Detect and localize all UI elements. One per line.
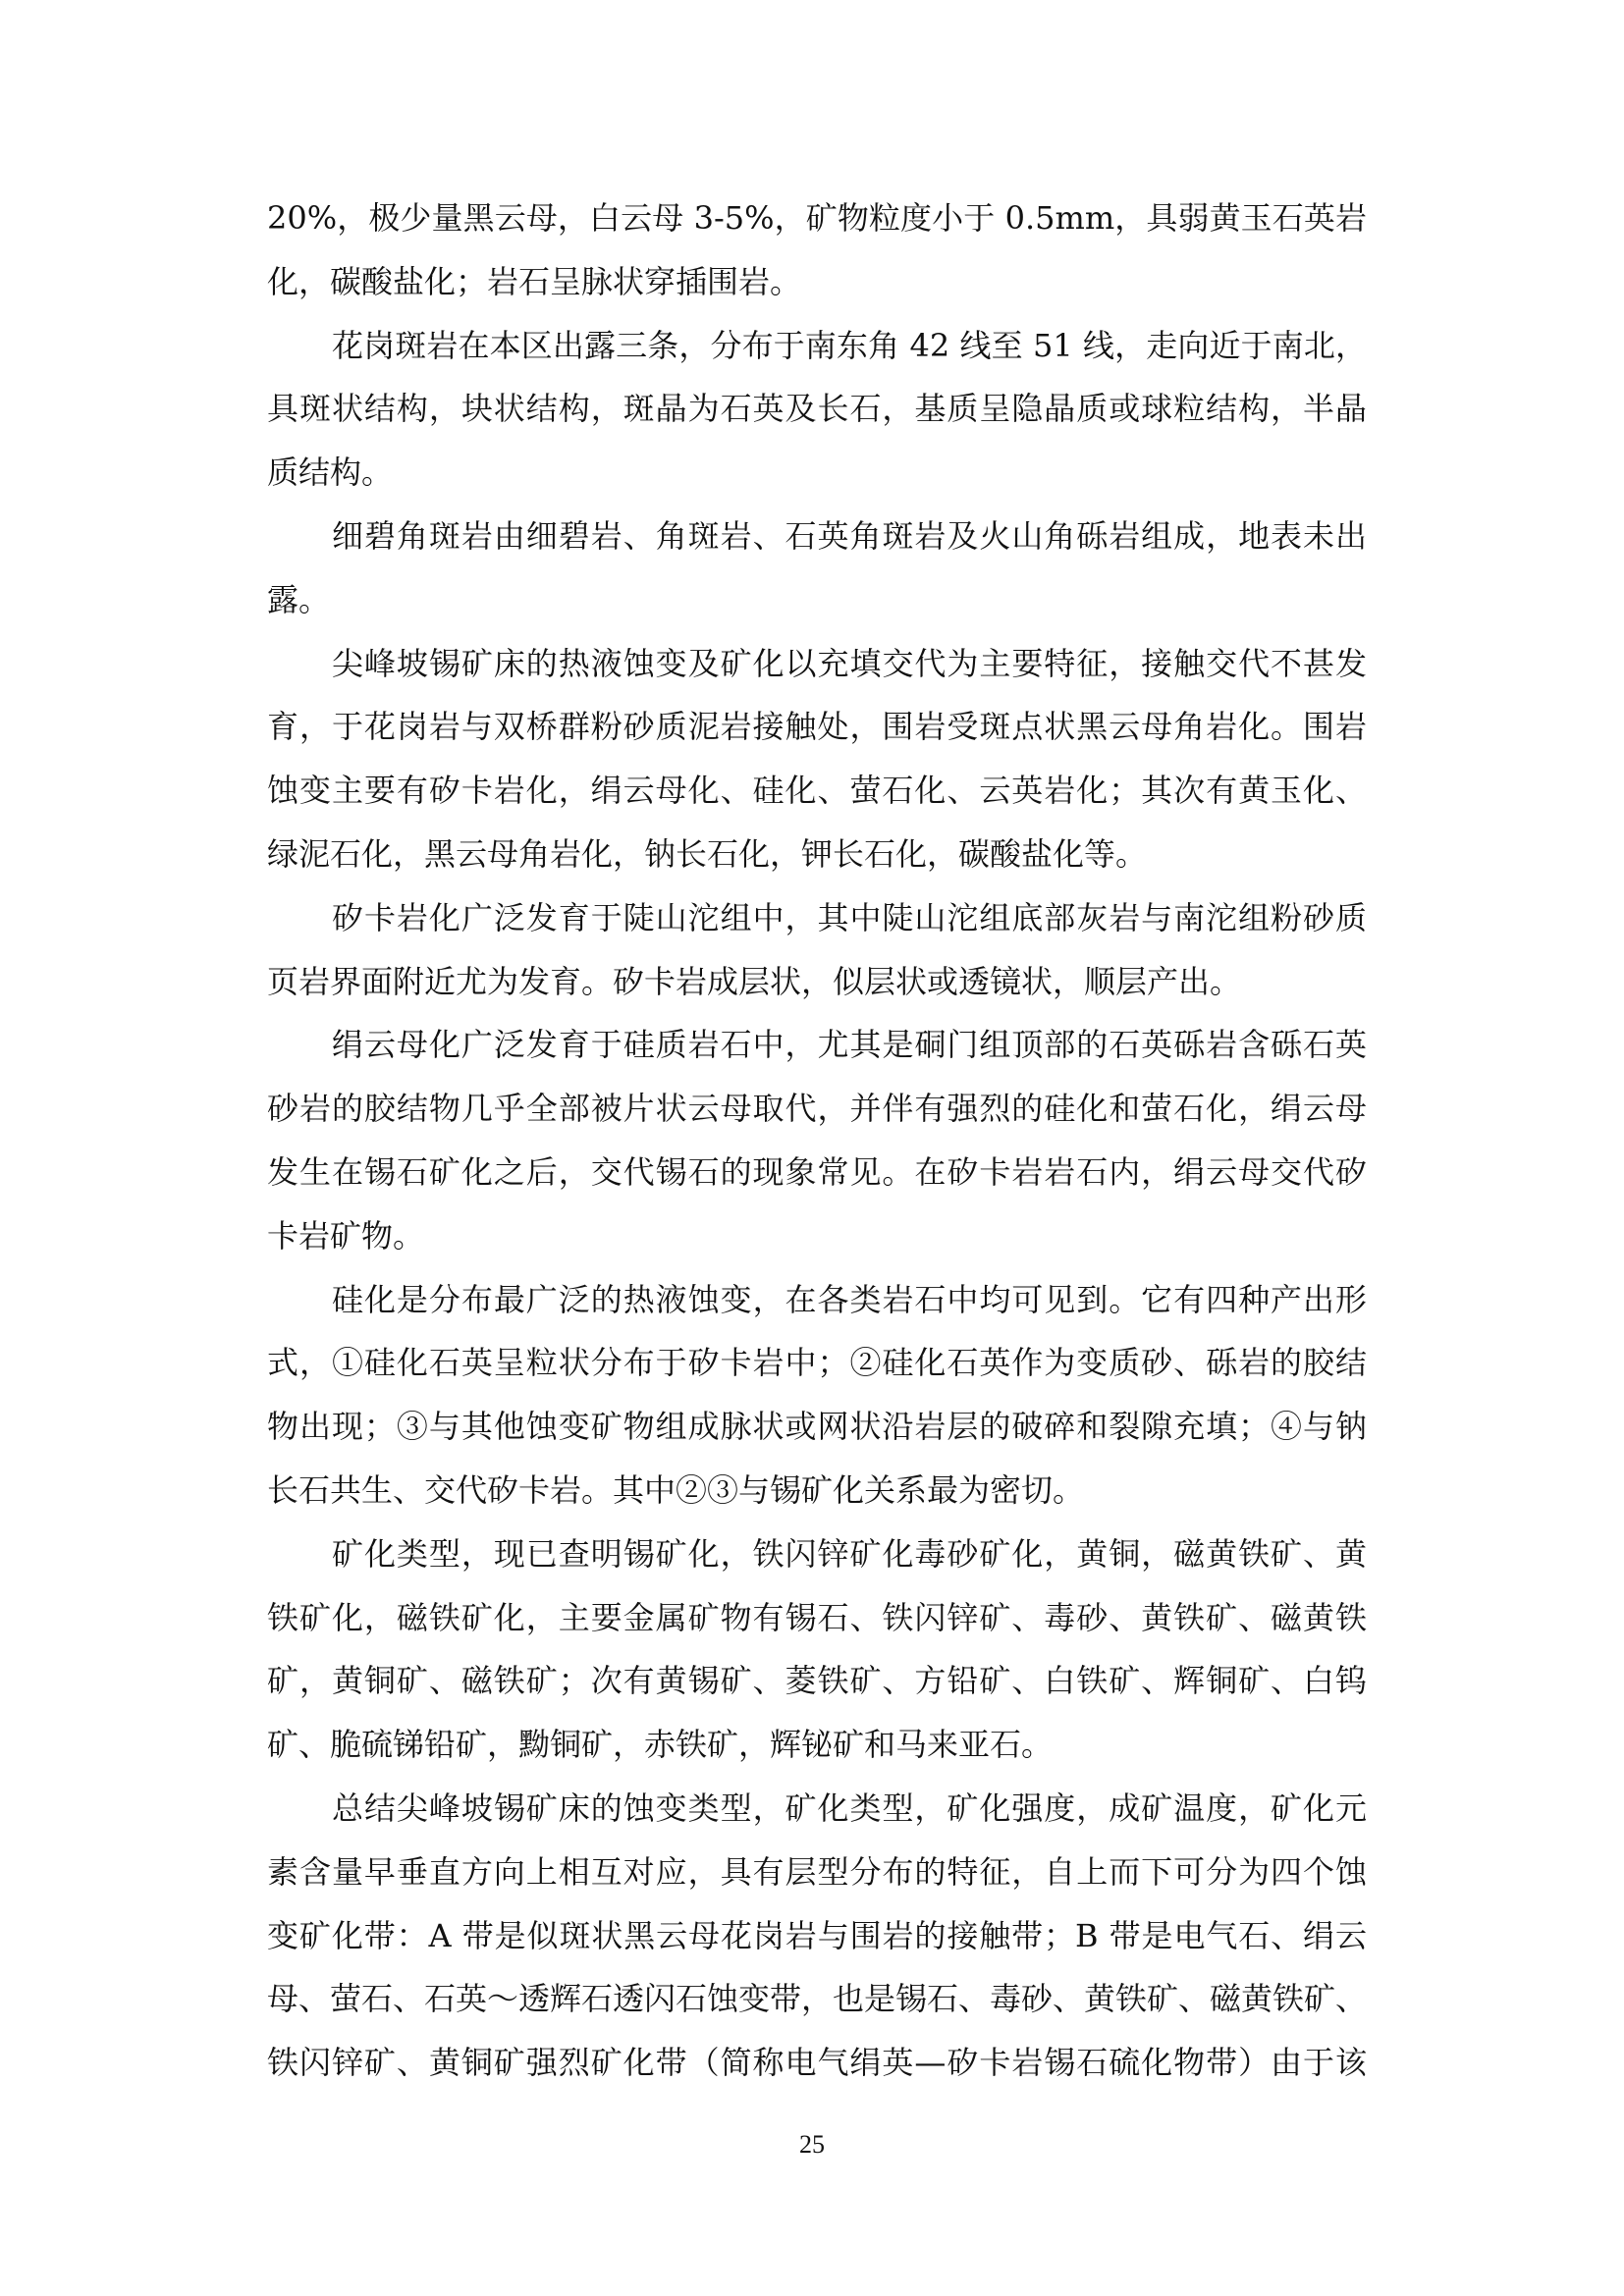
text-line: 变矿化带：A 带是似斑状黑云母花岗岩与围岩的接触带；B 带是电气石、绢云: [267, 1904, 1367, 1968]
paragraph: 20%，极少量黑云母，白云母 3-5%，矿物粒度小于 0.5mm，具弱黄玉石英岩…: [267, 187, 1367, 314]
text-line: 母、萤石、石英～透辉石透闪石蚀变带，也是锡石、毒砂、黄铁矿、磁黄铁矿、: [267, 1967, 1367, 2031]
text-line: 矿、脆硫锑铅矿，黝铜矿，赤铁矿，辉铋矿和马来亚石。: [267, 1713, 1367, 1777]
text-line: 蚀变主要有矽卡岩化，绢云母化、硅化、萤石化、云英岩化；其次有黄玉化、: [267, 759, 1367, 823]
text-line: 矿，黄铜矿、磁铁矿；次有黄锡矿、菱铁矿、方铅矿、白铁矿、辉铜矿、白钨: [267, 1649, 1367, 1713]
text-line: 矿化类型，现已查明锡矿化，铁闪锌矿化毒砂矿化，黄铜，磁黄铁矿、黄: [267, 1522, 1367, 1586]
text-line: 花岗斑岩在本区出露三条，分布于南东角 42 线至 51 线，走向近于南北，: [267, 314, 1367, 378]
paragraph: 花岗斑岩在本区出露三条，分布于南东角 42 线至 51 线，走向近于南北， 具斑…: [267, 314, 1367, 505]
text-line: 总结尖峰坡锡矿床的蚀变类型，矿化类型，矿化强度，成矿温度，矿化元: [267, 1777, 1367, 1841]
text-line: 式，①硅化石英呈粒状分布于矽卡岩中；②硅化石英作为变质砂、砾岩的胶结: [267, 1331, 1367, 1395]
paragraph: 总结尖峰坡锡矿床的蚀变类型，矿化类型，矿化强度，成矿温度，矿化元 素含量早垂直方…: [267, 1777, 1367, 2095]
text-line: 卡岩矿物。: [267, 1204, 1367, 1268]
text-line: 绢云母化广泛发育于硅质岩石中，尤其是硐门组顶部的石英砾岩含砾石英: [267, 1013, 1367, 1077]
text-line: 绿泥石化，黑云母角岩化，钠长石化，钾长石化，碳酸盐化等。: [267, 823, 1367, 886]
document-page: 20%，极少量黑云母，白云母 3-5%，矿物粒度小于 0.5mm，具弱黄玉石英岩…: [0, 0, 1624, 2296]
paragraph: 矿化类型，现已查明锡矿化，铁闪锌矿化毒砂矿化，黄铜，磁黄铁矿、黄 铁矿化，磁铁矿…: [267, 1522, 1367, 1777]
paragraph: 细碧角斑岩由细碧岩、角斑岩、石英角斑岩及火山角砾岩组成，地表未出 露。: [267, 505, 1367, 632]
page-number: 25: [0, 2130, 1624, 2160]
text-line: 发生在锡石矿化之后，交代锡石的现象常见。在矽卡岩岩石内，绢云母交代矽: [267, 1141, 1367, 1204]
text-line: 化，碳酸盐化；岩石呈脉状穿插围岩。: [267, 250, 1367, 314]
text-line: 矽卡岩化广泛发育于陡山沱组中，其中陡山沱组底部灰岩与南沱组粉砂质: [267, 886, 1367, 950]
text-line: 具斑状结构，块状结构，斑晶为石英及长石，基质呈隐晶质或球粒结构，半晶: [267, 377, 1367, 441]
paragraph: 矽卡岩化广泛发育于陡山沱组中，其中陡山沱组底部灰岩与南沱组粉砂质 页岩界面附近尤…: [267, 886, 1367, 1014]
paragraph: 尖峰坡锡矿床的热液蚀变及矿化以充填交代为主要特征，接触交代不甚发 育，于花岗岩与…: [267, 632, 1367, 886]
text-line: 砂岩的胶结物几乎全部被片状云母取代，并伴有强烈的硅化和萤石化，绢云母: [267, 1077, 1367, 1141]
text-line: 铁闪锌矿、黄铜矿强烈矿化带（简称电气绢英—矽卡岩锡石硫化物带）由于该: [267, 2031, 1367, 2095]
text-line: 长石共生、交代矽卡岩。其中②③与锡矿化关系最为密切。: [267, 1459, 1367, 1522]
text-line: 细碧角斑岩由细碧岩、角斑岩、石英角斑岩及火山角砾岩组成，地表未出: [267, 505, 1367, 568]
text-line: 页岩界面附近尤为发育。矽卡岩成层状，似层状或透镜状，顺层产出。: [267, 950, 1367, 1014]
body-text: 20%，极少量黑云母，白云母 3-5%，矿物粒度小于 0.5mm，具弱黄玉石英岩…: [267, 187, 1367, 2095]
text-line: 质结构。: [267, 441, 1367, 505]
text-line: 露。: [267, 568, 1367, 632]
text-line: 铁矿化，磁铁矿化，主要金属矿物有锡石、铁闪锌矿、毒砂、黄铁矿、磁黄铁: [267, 1586, 1367, 1650]
text-line: 硅化是分布最广泛的热液蚀变，在各类岩石中均可见到。它有四种产出形: [267, 1268, 1367, 1332]
text-line: 尖峰坡锡矿床的热液蚀变及矿化以充填交代为主要特征，接触交代不甚发: [267, 632, 1367, 696]
text-line: 育，于花岗岩与双桥群粉砂质泥岩接触处，围岩受斑点状黑云母角岩化。围岩: [267, 695, 1367, 759]
text-line: 20%，极少量黑云母，白云母 3-5%，矿物粒度小于 0.5mm，具弱黄玉石英岩: [267, 187, 1367, 250]
text-line: 素含量早垂直方向上相互对应，具有层型分布的特征，自上而下可分为四个蚀: [267, 1841, 1367, 1904]
paragraph: 硅化是分布最广泛的热液蚀变，在各类岩石中均可见到。它有四种产出形 式，①硅化石英…: [267, 1268, 1367, 1522]
text-line: 物出现；③与其他蚀变矿物组成脉状或网状沿岩层的破碎和裂隙充填；④与钠: [267, 1395, 1367, 1459]
paragraph: 绢云母化广泛发育于硅质岩石中，尤其是硐门组顶部的石英砾岩含砾石英 砂岩的胶结物几…: [267, 1013, 1367, 1267]
